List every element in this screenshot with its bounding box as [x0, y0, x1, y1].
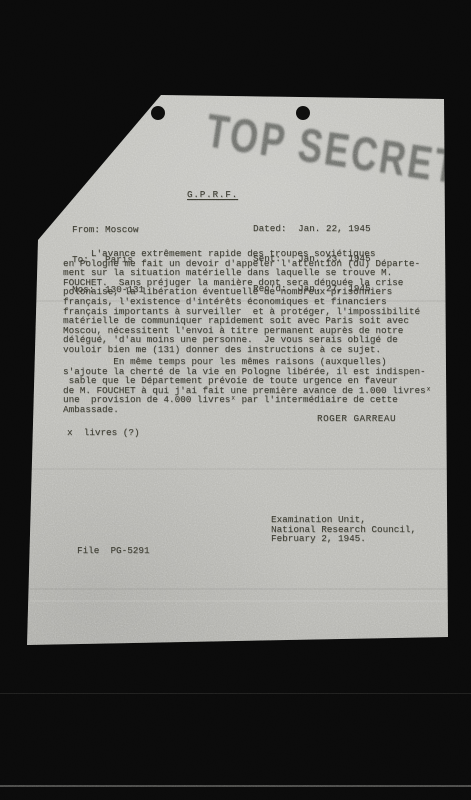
- meta-from-value: Moscow: [105, 225, 138, 236]
- film-scratch: [0, 785, 471, 787]
- paper-streak: [30, 600, 450, 602]
- document-sheet: TOP SECRET G.P.R.F. From:Moscow To:Paris…: [0, 0, 471, 700]
- film-scratch: [0, 693, 471, 694]
- punch-hole: [151, 106, 165, 120]
- typed-line: February 2, 1945.: [271, 534, 416, 544]
- microfilm-photo: TOP SECRET G.P.R.F. From:Moscow To:Paris…: [0, 0, 471, 800]
- meta-dated-label: Dated:: [253, 224, 298, 235]
- paper-streak: [30, 468, 450, 470]
- examination-unit-block: Examination Unit,National Research Counc…: [271, 515, 416, 544]
- signature: ROGER GARREAU: [317, 414, 396, 424]
- meta-from: From:Moscow: [72, 225, 144, 236]
- meta-from-label: From:: [72, 225, 105, 236]
- meta-dated-value: Jan. 22, 1945: [298, 224, 371, 235]
- typed-line: vouloir bien me (131) donner des instruc…: [63, 345, 420, 355]
- top-secret-stamp: TOP SECRET: [203, 108, 462, 192]
- body-paragraph-1: L'avance extrêmement rapide des troupes …: [63, 249, 420, 355]
- file-reference: File PG-5291: [77, 546, 150, 556]
- org-title: G.P.R.F.: [187, 190, 238, 200]
- body-paragraph-2: En même temps pour les mêmes raisons (au…: [63, 357, 431, 415]
- meta-dated: Dated:Jan. 22, 1945: [253, 224, 371, 235]
- paper-streak: [30, 588, 450, 590]
- footnote: x livres (?): [67, 428, 140, 438]
